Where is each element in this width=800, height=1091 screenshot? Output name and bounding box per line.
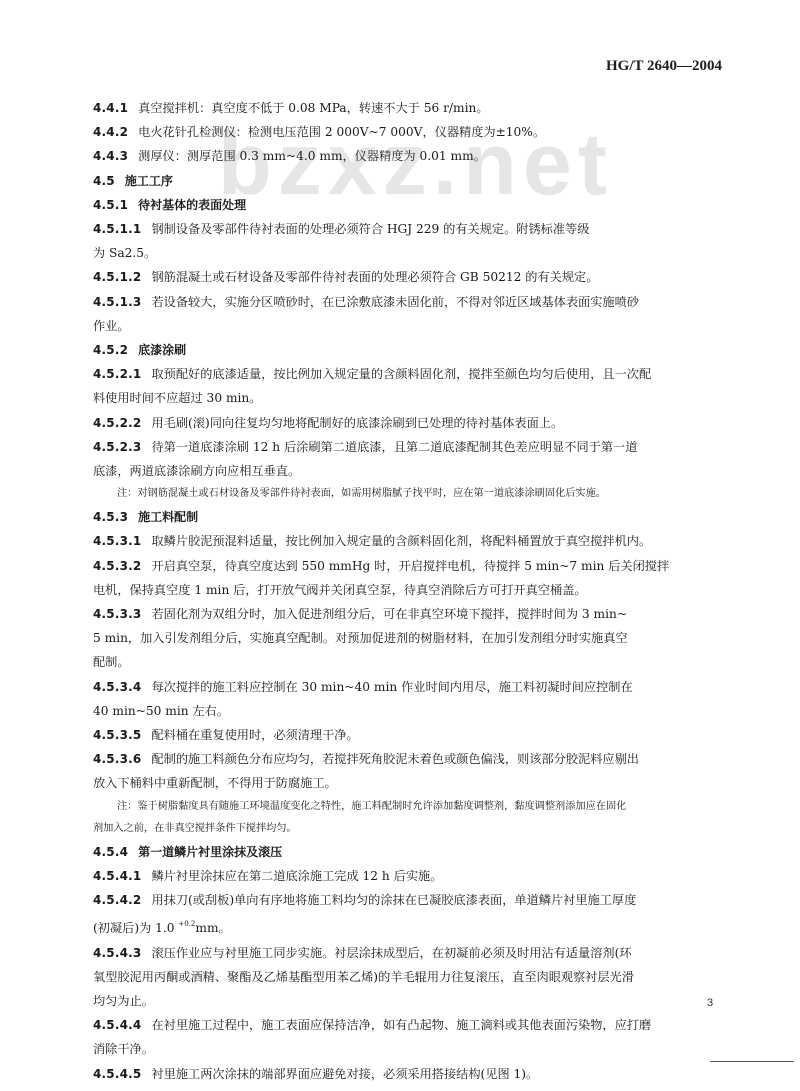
clause-4-5-4-3-cont: 氧型胶泥用丙酮或酒精、聚酯及乙烯基酯型用苯乙烯)的羊毛辊用力往复滚压，直至肉眼观… — [93, 965, 725, 989]
clause-4-5-1-3-cont: 作业。 — [93, 314, 725, 338]
clause-4-4-1: 4.4.1真空搅拌机：真空度不低于 0.08 MPa，转速不大于 56 r/mi… — [93, 96, 725, 120]
tolerance-superscript: +0.2 — [178, 920, 195, 928]
clause-4-5-3-5: 4.5.3.5配料桶在重复使用时，必须清理干净。 — [93, 723, 725, 747]
clause-4-4-3: 4.4.3测厚仪：测厚范围 0.3 mm~4.0 mm，仪器精度为 0.01 m… — [93, 144, 725, 168]
note-4-5-2: 注：对钢筋混凝土或石材设备及零部件待衬表面，如需用树脂腻子找平时，应在第一道底漆… — [93, 483, 725, 505]
heading-4-5: 4.5施工工序 — [93, 169, 725, 193]
clause-4-5-3-3: 4.5.3.3若固化剂为双组分时，加入促进剂组分后，可在非真空环境下搅拌，搅拌时… — [93, 602, 725, 626]
note-4-5-3-cont: 剂加入之前，在非真空搅拌条件下搅拌均匀。 — [93, 818, 725, 840]
clause-4-4-2: 4.4.2电火花针孔检测仪：检测电压范围 2 000V~7 000V，仪器精度为… — [93, 120, 725, 144]
clause-4-5-3-6: 4.5.3.6配制的施工料颜色分布应均匀，若搅拌死角胶泥未着色或颜色偏浅，则该部… — [93, 747, 725, 771]
clause-4-5-1-1: 4.5.1.1钢制设备及零部件待衬表面的处理必须符合 HGJ 229 的有关规定… — [93, 217, 725, 241]
heading-4-5-4: 4.5.4第一道鳞片衬里涂抹及滚压 — [93, 840, 725, 864]
clause-4-5-2-3: 4.5.2.3待第一道底漆涂刷 12 h 后涂刷第二道底漆，且第二道底漆配制其色… — [93, 435, 725, 459]
heading-4-5-3: 4.5.3施工料配制 — [93, 505, 725, 529]
clause-4-5-1-1-cont: 为 Sa2.5。 — [93, 241, 725, 265]
clause-4-5-4-3-cont2: 均匀为止。 — [93, 989, 725, 1013]
standard-code: HG/T 2640—2004 — [606, 58, 722, 75]
clause-4-5-2-3-cont: 底漆，两道底漆涂刷方向应相互垂直。 — [93, 459, 725, 483]
clause-4-5-4-2: 4.5.4.2用抹刀(或刮板)单向有序地将施工料均匀的涂抹在已凝胶底漆表面，单道… — [93, 888, 725, 912]
clause-4-5-4-1: 4.5.4.1鳞片衬里涂抹应在第二道底涂施工完成 12 h 后实施。 — [93, 864, 725, 888]
clause-4-5-3-2-cont: 电机，保持真空度 1 min 后，打开放气阀并关闭真空泵，待真空消除后方可打开真… — [93, 578, 725, 602]
clause-4-5-3-4-cont: 40 min~50 min 左右。 — [93, 699, 725, 723]
clause-4-5-4-3: 4.5.4.3滚压作业应与衬里施工同步实施。衬层涂抹成型后，在初凝前必须及时用沾… — [93, 941, 725, 965]
clause-4-5-2-1-cont: 料使用时间不应超过 30 min。 — [93, 386, 725, 410]
note-4-5-3: 注：鉴于树脂黏度具有随施工环境温度变化之特性，施工料配制时允许添加黏度调整剂，黏… — [93, 796, 725, 818]
clause-4-5-3-1: 4.5.3.1取鳞片胶泥预混料适量，按比例加入规定量的含颜料固化剂，将配料桶置放… — [93, 529, 725, 553]
clause-4-5-2-1: 4.5.2.1取预配好的底漆适量，按比例加入规定量的含颜料固化剂，搅拌至颜色均匀… — [93, 362, 725, 386]
clause-4-5-3-4: 4.5.3.4每次搅拌的施工料应控制在 30 min~40 min 作业时间内用… — [93, 675, 725, 699]
clause-4-5-3-3-cont2: 配制。 — [93, 650, 725, 674]
heading-4-5-2: 4.5.2底漆涂刷 — [93, 338, 725, 362]
clause-4-5-4-2-cont: (初凝后)为 1.0 +0.2mm。 — [93, 912, 725, 940]
clause-4-5-1-3: 4.5.1.3若设备较大，实施分区喷砂时，在已涂敷底漆未固化前，不得对邻近区域基… — [93, 290, 725, 314]
document-body: 4.4.1真空搅拌机：真空度不低于 0.08 MPa，转速不大于 56 r/mi… — [93, 96, 725, 1086]
clause-4-5-4-4-cont: 消除干净。 — [93, 1037, 725, 1061]
clause-4-5-4-4: 4.5.4.4在衬里施工过程中，施工表面应保持洁净，如有凸起物、施工滴料或其他表… — [93, 1013, 725, 1037]
clause-4-5-2-2: 4.5.2.2用毛刷(滚)同向往复均匀地将配制好的底漆涂刷到已处理的待衬基体表面… — [93, 411, 725, 435]
clause-4-5-4-5: 4.5.4.5衬里施工两次涂抹的端部界面应避免对接，必须采用搭接结构(见图 1)… — [93, 1062, 725, 1086]
heading-4-5-1: 4.5.1待衬基体的表面处理 — [93, 193, 725, 217]
clause-4-5-3-2: 4.5.3.2开启真空泵，待真空度达到 550 mmHg 时，开启搅拌电机，待搅… — [93, 554, 725, 578]
clause-4-5-1-2: 4.5.1.2钢筋混凝土或石材设备及零部件待衬表面的处理必须符合 GB 5021… — [93, 265, 725, 289]
clause-4-5-3-6-cont: 放入下桶料中重新配制，不得用于防腐施工。 — [93, 771, 725, 795]
clause-4-5-3-3-cont: 5 min，加入引发剂组分后，实施真空配制。对预加促进剂的树脂材料，在加引发剂组… — [93, 626, 725, 650]
